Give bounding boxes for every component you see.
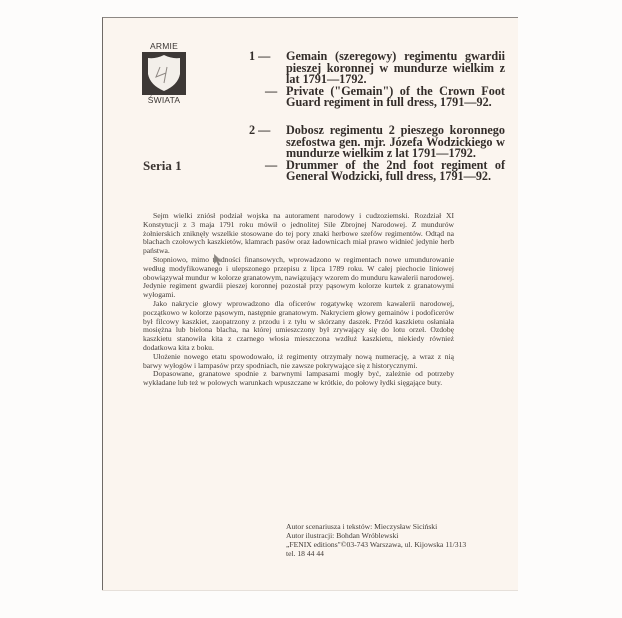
shield-icon [147,55,181,92]
caption-text-english: Drummer of the 2nd foot regiment of Gene… [286,160,505,183]
caption-text-polish: Dobosz regimentu 2 pieszego koronnego sz… [286,125,505,160]
credit-author: Autor scenariusza i tekstów: Mieczysław … [286,522,466,531]
paragraph: Stopniowo, mimo trudności finansowych, w… [143,256,454,300]
caption-english: — Drummer of the 2nd foot regiment of Ge… [249,160,505,183]
plate-captions: 1 — Gemain (szeregowy) regimentu gwardii… [249,51,505,199]
paragraph: Jako nakrycie głowy wprowadzono dla ofic… [143,300,454,353]
historical-description: Sejm wielki zniósł podział wojska na aut… [143,212,454,388]
logo-badge [142,52,186,95]
mouse-cursor-icon [214,253,223,271]
caption-text-english: Private ("Gemain") of the Crown Foot Gua… [286,86,505,109]
credit-publisher: „FENIX editions"©03-743 Warszawa, ul. Ki… [286,540,466,549]
credit-illustrator: Autor ilustracji: Bohdan Wróblewski [286,531,466,540]
caption-1: 1 — Gemain (szeregowy) regimentu gwardii… [249,51,505,109]
series-label: Seria 1 [143,158,182,174]
paragraph: Dopasowane, granatowe spodnie z barwnymi… [143,370,454,388]
paragraph: Ułożenie nowego etatu spowodowało, iż re… [143,353,454,371]
caption-number: 1 — [249,51,286,63]
caption-english: — Private ("Gemain") of the Crown Foot G… [249,86,505,109]
credit-phone: tel. 18 44 44 [286,549,466,558]
document-card: ARMIE ŚWIATA Seria 1 1 — Gemain (szerego… [102,17,518,590]
caption-polish: 2 — Dobosz regimentu 2 pieszego koronneg… [249,125,505,160]
logo-top-text: ARMIE [141,42,187,51]
paragraph: Sejm wielki zniósł podział wojska na aut… [143,212,454,256]
series-logo: ARMIE ŚWIATA [141,42,187,105]
caption-polish: 1 — Gemain (szeregowy) regimentu gwardii… [249,51,505,86]
caption-dash: — [265,86,277,98]
caption-dash: — [265,160,277,172]
credits-block: Autor scenariusza i tekstów: Mieczysław … [286,522,466,558]
caption-2: 2 — Dobosz regimentu 2 pieszego koronneg… [249,125,505,183]
logo-bottom-text: ŚWIATA [141,96,187,105]
caption-text-polish: Gemain (szeregowy) regimentu gwardii pie… [286,51,505,86]
caption-number: 2 — [249,125,286,137]
